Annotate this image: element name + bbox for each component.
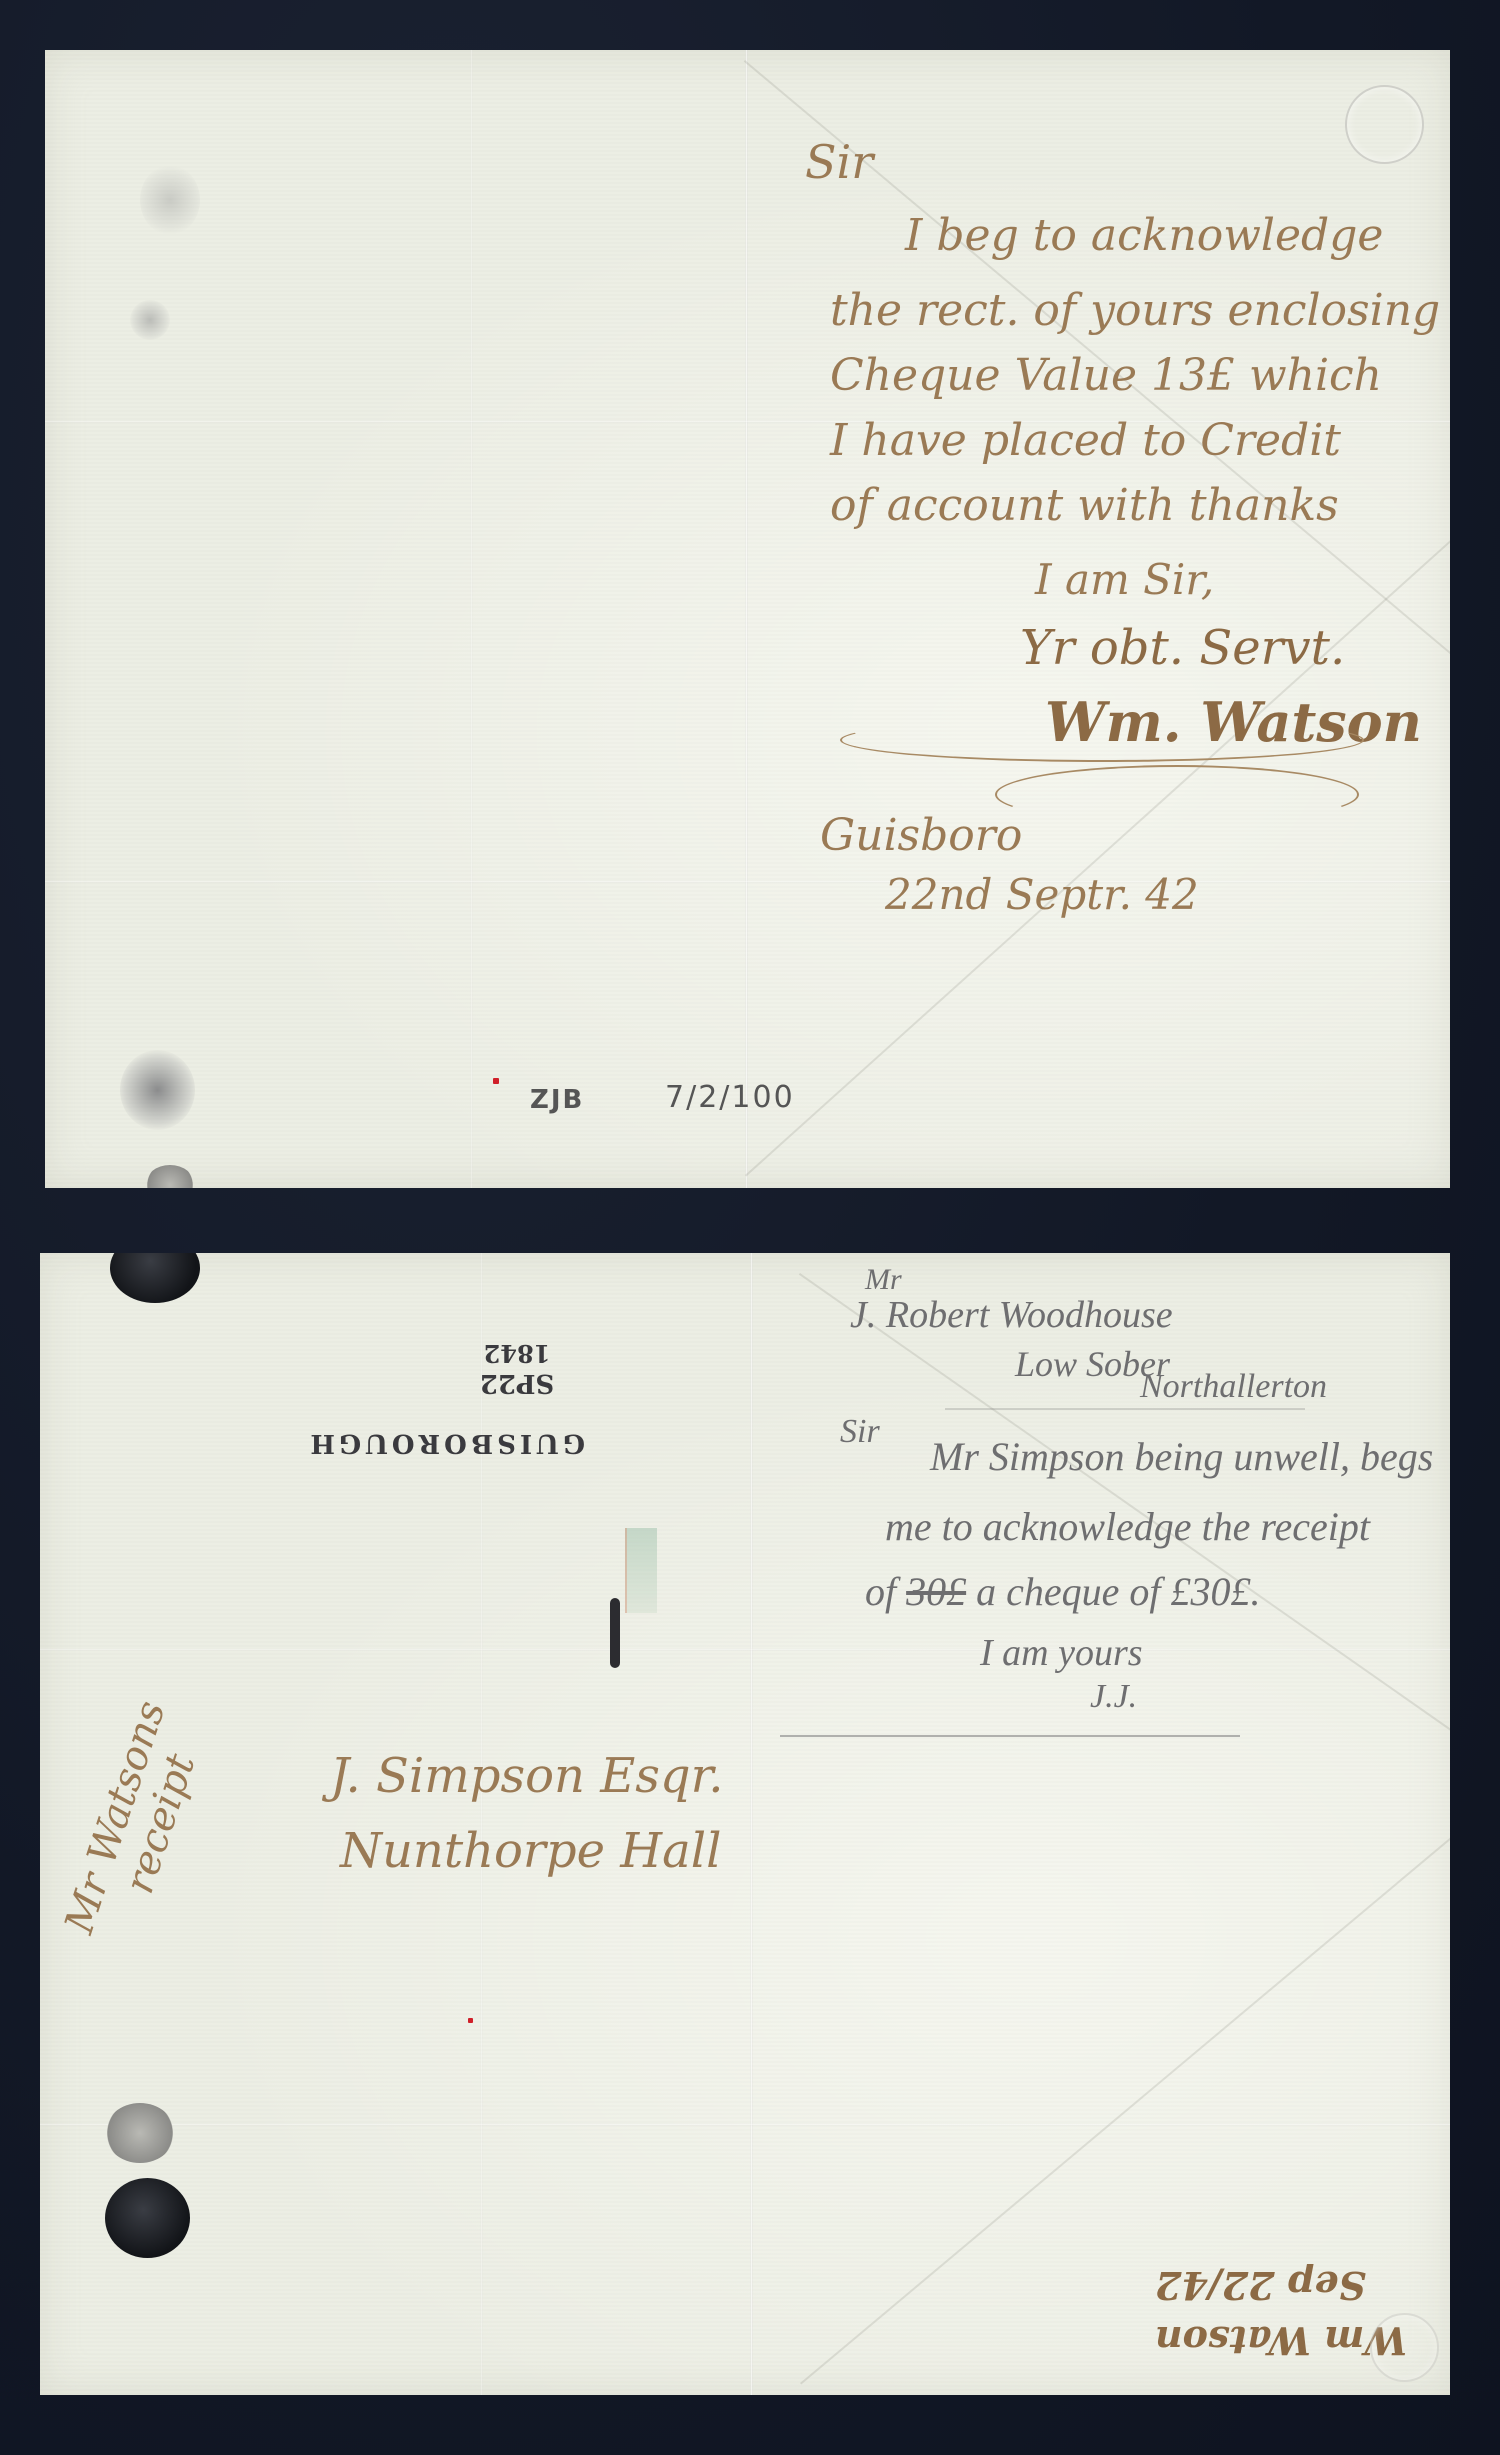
address-line-1: J. Simpson Esqr. xyxy=(330,1748,724,1804)
ink-stroke-mark xyxy=(610,1598,620,1668)
closing-line-1: I am Sir, xyxy=(1035,555,1214,604)
pencil-line-3-prefix: of xyxy=(865,1569,896,1614)
pencil-initials: J.J. xyxy=(1090,1678,1137,1716)
archive-initials: ZJB xyxy=(530,1085,584,1115)
stain-mark xyxy=(140,165,200,235)
address-line-2: Nunthorpe Hall xyxy=(340,1823,721,1879)
horizontal-fold-line xyxy=(40,1648,1450,1651)
letter-line-3: Cheque Value 13£ which xyxy=(830,350,1382,401)
letter-line-5: of account with thanks xyxy=(830,480,1339,531)
pencil-to-prefix: Mr xyxy=(865,1263,902,1297)
postmark-date-line-2: 1842 xyxy=(477,1339,557,1368)
vertical-fold-line xyxy=(750,1253,753,2395)
vertical-fold-line xyxy=(470,50,473,1188)
wax-residue xyxy=(105,2103,175,2163)
pencil-addressee: J. Robert Woodhouse xyxy=(850,1293,1173,1337)
stamp-stain xyxy=(625,1528,657,1613)
pencil-line-3: of 30£ a cheque of £30£. xyxy=(865,1568,1261,1615)
pencil-line-2: me to acknowledge the receipt xyxy=(885,1503,1370,1550)
postmark-ring-text: GUISBOROUGH xyxy=(306,1428,585,1458)
pencil-salutation: Sir xyxy=(840,1413,880,1451)
red-marker-dot xyxy=(468,2018,473,2023)
pencil-rule xyxy=(780,1735,1240,1737)
pencil-line-3-rest: a cheque of £30£. xyxy=(976,1569,1260,1614)
embossed-seal-mark xyxy=(1345,85,1424,164)
wax-residue xyxy=(120,1050,195,1130)
postmark-date-line-1: SP22 xyxy=(477,1368,557,1398)
letter-back-page: GUISBOROUGH SP22 1842 Mr J. Robert Woodh… xyxy=(40,1253,1450,2395)
letter-front-page: Sir I beg to acknowledge the rect. of yo… xyxy=(45,50,1450,1188)
letter-line-2: the rect. of yours enclosing xyxy=(830,285,1440,336)
endorsement-date: Sep 22/42 xyxy=(1155,2263,1366,2308)
wax-seal xyxy=(105,2178,190,2258)
ink-smudge xyxy=(130,300,170,340)
pencil-struck-amount: 30£ xyxy=(906,1569,966,1614)
pencil-closing: I am yours xyxy=(980,1631,1143,1675)
signature-flourish xyxy=(840,718,1364,762)
pencil-underline xyxy=(945,1408,1305,1410)
letter-line-1: I beg to acknowledge xyxy=(905,210,1383,261)
postmark-stamp: GUISBOROUGH SP22 1842 xyxy=(435,1298,605,1468)
date-text: 22nd Septr. 42 xyxy=(885,870,1199,919)
pencil-place-2: Northallerton xyxy=(1140,1368,1327,1406)
place-text: Guisboro xyxy=(820,810,1022,861)
salutation-text: Sir xyxy=(805,135,873,189)
endorsement-name: Wm Watson xyxy=(1155,2318,1407,2363)
horizontal-fold-line xyxy=(45,880,1450,883)
wax-seal xyxy=(110,1253,200,1303)
pencil-line-1: Mr Simpson being unwell, begs xyxy=(930,1433,1433,1480)
broken-wax-seal xyxy=(145,1165,195,1188)
red-marker-dot xyxy=(493,1078,499,1084)
embossed-seal-mark xyxy=(1370,2313,1439,2382)
letter-line-4: I have placed to Credit xyxy=(830,415,1341,466)
archive-reference: 7/2/100 xyxy=(665,1080,795,1115)
vertical-fold-line xyxy=(745,50,748,1188)
signature-flourish xyxy=(995,765,1359,824)
closing-line-2: Yr obt. Servt. xyxy=(1020,620,1345,676)
horizontal-fold-line xyxy=(40,2123,1450,2126)
